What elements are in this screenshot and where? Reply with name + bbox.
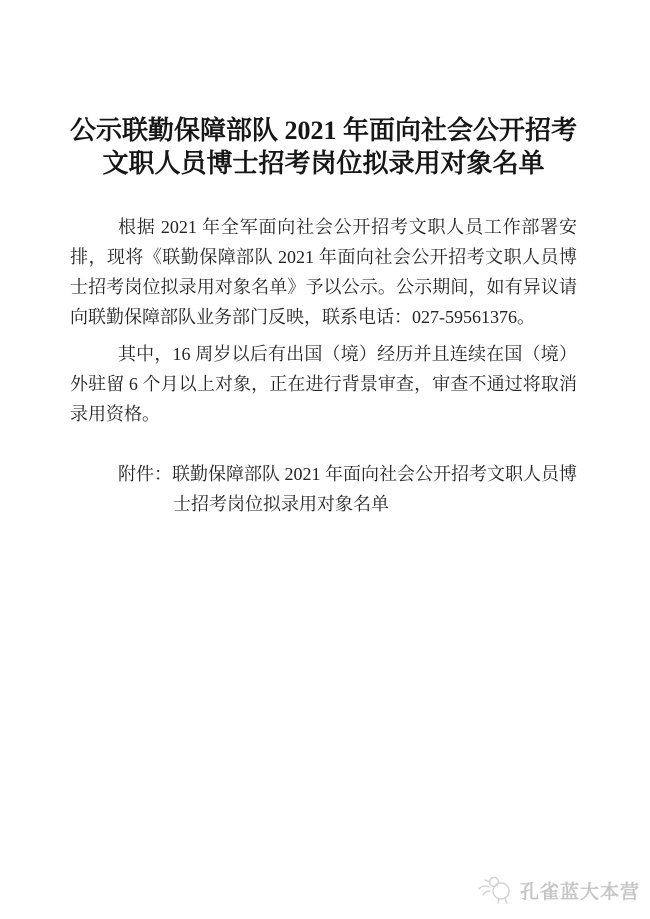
document-content: 公示联勤保障部队 2021 年面向社会公开招考 文职人员博士招考岗位拟录用对象名… <box>70 0 577 519</box>
paragraph-1: 根据 2021 年全军面向社会公开招考文职人员工作部署安 排，现将《联勤保障部队… <box>70 212 577 332</box>
paragraph-2-line-1: 其中，16 周岁以后有出国（境）经历并且连续在国（境） <box>70 339 577 369</box>
paragraph-1-line-4: 向联勤保障部队业务部门反映，联系电话：027-59561376。 <box>70 302 577 332</box>
watermark-text: 孔雀蓝大本营 <box>520 877 640 904</box>
peacock-logo-icon <box>477 873 517 907</box>
document-title-line1: 公示联勤保障部队 2021 年面向社会公开招考 <box>70 114 577 147</box>
attachment-line-2: 士招考岗位拟录用对象名单 <box>173 489 577 519</box>
paragraph-2-line-3: 录用资格。 <box>70 399 577 429</box>
scanned-document-page: 公示联勤保障部队 2021 年面向社会公开招考 文职人员博士招考岗位拟录用对象名… <box>0 0 650 919</box>
attachment-block: 附件：联勤保障部队 2021 年面向社会公开招考文职人员博 士招考岗位拟录用对象… <box>70 459 577 519</box>
attachment-label: 附件： <box>118 464 172 484</box>
attachment-line-1: 附件：联勤保障部队 2021 年面向社会公开招考文职人员博 <box>70 459 577 489</box>
paragraph-1-line-2: 排，现将《联勤保障部队 2021 年面向社会公开招考文职人员博 <box>70 242 577 272</box>
paragraph-2-line-2: 外驻留 6 个月以上对象，正在进行背景审查，审查不通过将取消 <box>70 369 577 399</box>
watermark: 孔雀蓝大本营 <box>477 873 640 907</box>
paragraph-2: 其中，16 周岁以后有出国（境）经历并且连续在国（境） 外驻留 6 个月以上对象… <box>70 339 577 429</box>
attachment-text-line-1: 联勤保障部队 2021 年面向社会公开招考文职人员博 <box>172 464 577 484</box>
document-body: 根据 2021 年全军面向社会公开招考文职人员工作部署安 排，现将《联勤保障部队… <box>70 212 577 519</box>
document-title: 公示联勤保障部队 2021 年面向社会公开招考 文职人员博士招考岗位拟录用对象名… <box>70 114 577 180</box>
paragraph-1-line-3: 士招考岗位拟录用对象名单》予以公示。公示期间，如有异议请 <box>70 272 577 302</box>
paragraph-1-line-1: 根据 2021 年全军面向社会公开招考文职人员工作部署安 <box>70 212 577 242</box>
document-title-line2: 文职人员博士招考岗位拟录用对象名单 <box>70 147 577 180</box>
